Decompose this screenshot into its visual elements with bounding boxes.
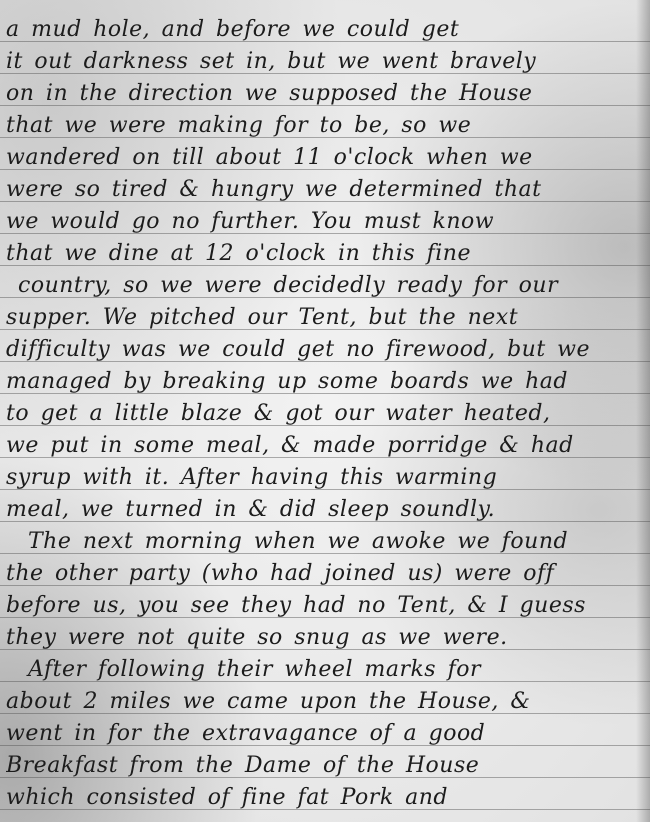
- text-line: we put in some meal, & made porridge & h…: [6, 430, 642, 462]
- text-line: we would go no further. You must know: [6, 206, 642, 238]
- text-line: meal, we turned in & did sleep soundly.: [6, 494, 642, 526]
- text-line: the other party (who had joined us) were…: [6, 558, 642, 590]
- text-line: which consisted of fine fat Pork and: [6, 782, 642, 814]
- text-line: before us, you see they had no Tent, & I…: [6, 590, 642, 622]
- text-line: were so tired & hungry we determined tha…: [6, 174, 642, 206]
- text-line: to get a little blaze & got our water he…: [6, 398, 642, 430]
- text-line: supper. We pitched our Tent, but the nex…: [6, 302, 642, 334]
- text-line: it out darkness set in, but we went brav…: [6, 46, 642, 78]
- text-line: on in the direction we supposed the Hous…: [6, 78, 642, 110]
- text-line: difficulty was we could get no firewood,…: [6, 334, 642, 366]
- paragraph-start-line: After following their wheel marks for: [6, 654, 650, 686]
- paragraph-start-line: The next morning when we awoke we found: [6, 526, 650, 558]
- page-edge-shadow: [636, 0, 650, 822]
- text-line: wandered on till about 11 o'clock when w…: [6, 142, 642, 174]
- text-line: a mud hole, and before we could get: [6, 14, 642, 46]
- text-line: went in for the extravagance of a good: [6, 718, 642, 750]
- text-line: syrup with it. After having this warming: [6, 462, 642, 494]
- text-line: they were not quite so snug as we were.: [6, 622, 642, 654]
- text-line: that we dine at 12 o'clock in this fine: [6, 238, 642, 270]
- text-line: about 2 miles we came upon the House, &: [6, 686, 642, 718]
- letter-page: a mud hole, and before we could get it o…: [0, 0, 650, 822]
- text-line: Breakfast from the Dame of the House: [6, 750, 642, 782]
- text-line: managed by breaking up some boards we ha…: [6, 366, 642, 398]
- text-line: country, so we were decidedly ready for …: [6, 270, 650, 302]
- text-line: that we were making for to be, so we: [6, 110, 642, 142]
